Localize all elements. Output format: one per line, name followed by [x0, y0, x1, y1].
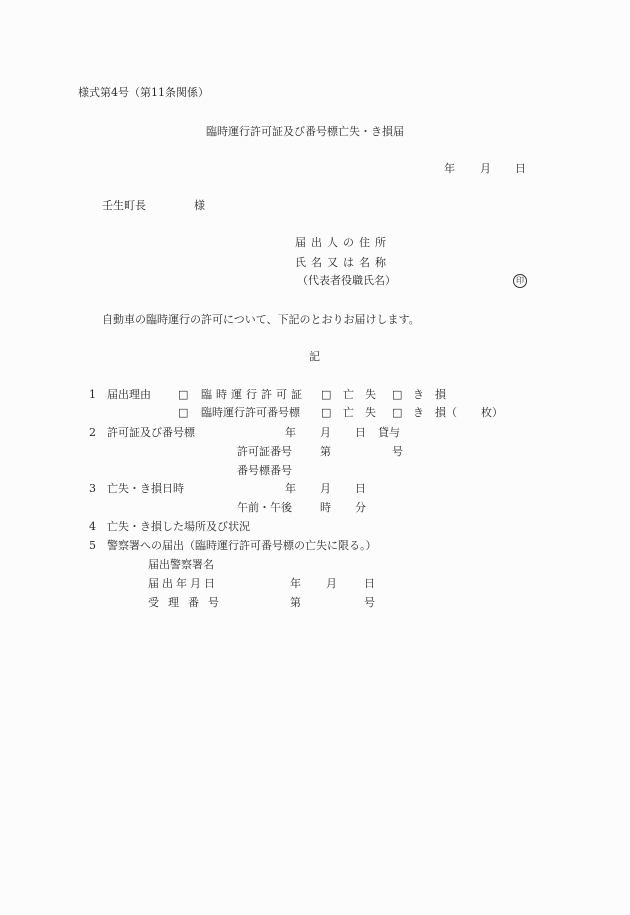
report-date-label: 届出年月日 — [148, 577, 218, 591]
lent-label: 貸与 — [378, 426, 400, 440]
item2-label: 許可証及び番号標 — [107, 426, 195, 440]
date-year-field[interactable]: 年 — [444, 162, 455, 176]
applicant-name-label: 氏名又は名称 — [295, 256, 391, 270]
plate-count-field[interactable] — [460, 406, 480, 420]
permit-lost-label: 亡 失 — [343, 388, 376, 402]
date-day-field[interactable]: 日 — [515, 162, 526, 176]
plate-no-field[interactable] — [300, 464, 400, 478]
receipt-no-label: 受理番号 — [148, 596, 228, 610]
lent-day-field[interactable]: 日 — [355, 426, 366, 440]
item3-number: 3 — [89, 482, 96, 496]
police-station-field[interactable] — [225, 558, 375, 572]
item1-number: 1 — [89, 388, 96, 402]
item2-number: 2 — [89, 426, 96, 440]
form-number: 様式第4号（第11条関係） — [78, 86, 209, 100]
item4-label: 亡失・き損した場所及び状況 — [107, 520, 250, 534]
date-month-field[interactable]: 月 — [480, 162, 491, 176]
lent-month-field[interactable]: 月 — [320, 426, 331, 440]
loss-month-field[interactable]: 月 — [320, 482, 331, 496]
loss-minute-field[interactable]: 分 — [355, 501, 366, 515]
applicant-rep-label: （代表者役職氏名） — [297, 274, 396, 288]
document-title: 臨時運行許可証及び番号標亡失・き損届 — [206, 125, 404, 139]
checkbox-permit-damaged[interactable]: □ — [392, 388, 402, 402]
permit-label: 臨時運行許可証 — [201, 388, 306, 402]
receipt-no-go: 号 — [364, 596, 375, 610]
permit-no-field[interactable] — [335, 445, 390, 459]
intro-text: 自動車の臨時運行の許可について、下記のとおりお届けします。 — [102, 313, 420, 327]
addressee-name: 壬生町長 — [102, 199, 146, 213]
loss-day-field[interactable]: 日 — [355, 482, 366, 496]
report-day-field[interactable]: 日 — [364, 577, 375, 591]
permit-no-go: 号 — [392, 445, 403, 459]
item1-label: 届出理由 — [107, 388, 151, 402]
permit-no-dai: 第 — [320, 445, 331, 459]
plate-damaged-label: き 損（ — [413, 406, 457, 420]
police-station-label: 届出警察署名 — [148, 558, 214, 572]
lent-year-field[interactable]: 年 — [285, 426, 296, 440]
loss-hour-field[interactable]: 時 — [320, 501, 331, 515]
seal-icon: 印 — [513, 274, 527, 288]
applicant-name-field[interactable] — [410, 256, 520, 270]
checkbox-plate-damaged[interactable]: □ — [392, 406, 402, 420]
item5-number: 5 — [89, 539, 96, 553]
item3-label: 亡失・き損日時 — [107, 482, 184, 496]
checkbox-permit-lost[interactable]: □ — [321, 388, 331, 402]
plate-count-unit: 枚） — [481, 406, 503, 420]
plate-lost-label: 亡 失 — [343, 406, 376, 420]
receipt-no-field[interactable] — [305, 596, 360, 610]
checkbox-permit[interactable]: □ — [178, 388, 188, 402]
ampm-selector[interactable]: 午前・午後 — [237, 501, 292, 515]
loss-year-field[interactable]: 年 — [285, 482, 296, 496]
applicant-address-field[interactable] — [410, 236, 520, 250]
plate-no-label: 番号標番号 — [237, 464, 292, 478]
item5-label: 警察署への届出（臨時運行許可番号標の亡失に限る。） — [107, 539, 377, 553]
item4-number: 4 — [89, 520, 96, 534]
report-month-field[interactable]: 月 — [326, 577, 337, 591]
permit-damaged-label: き 損 — [413, 388, 446, 402]
checkbox-plate[interactable]: □ — [178, 406, 188, 420]
addressee-honorific: 様 — [194, 199, 205, 213]
receipt-no-dai: 第 — [290, 596, 301, 610]
ki-heading: 記 — [309, 350, 320, 364]
plate-label: 臨時運行許可番号標 — [201, 406, 300, 420]
checkbox-plate-lost[interactable]: □ — [321, 406, 331, 420]
applicant-address-label: 届出人の住所 — [295, 236, 391, 250]
permit-no-label: 許可証番号 — [237, 445, 292, 459]
report-year-field[interactable]: 年 — [290, 577, 301, 591]
